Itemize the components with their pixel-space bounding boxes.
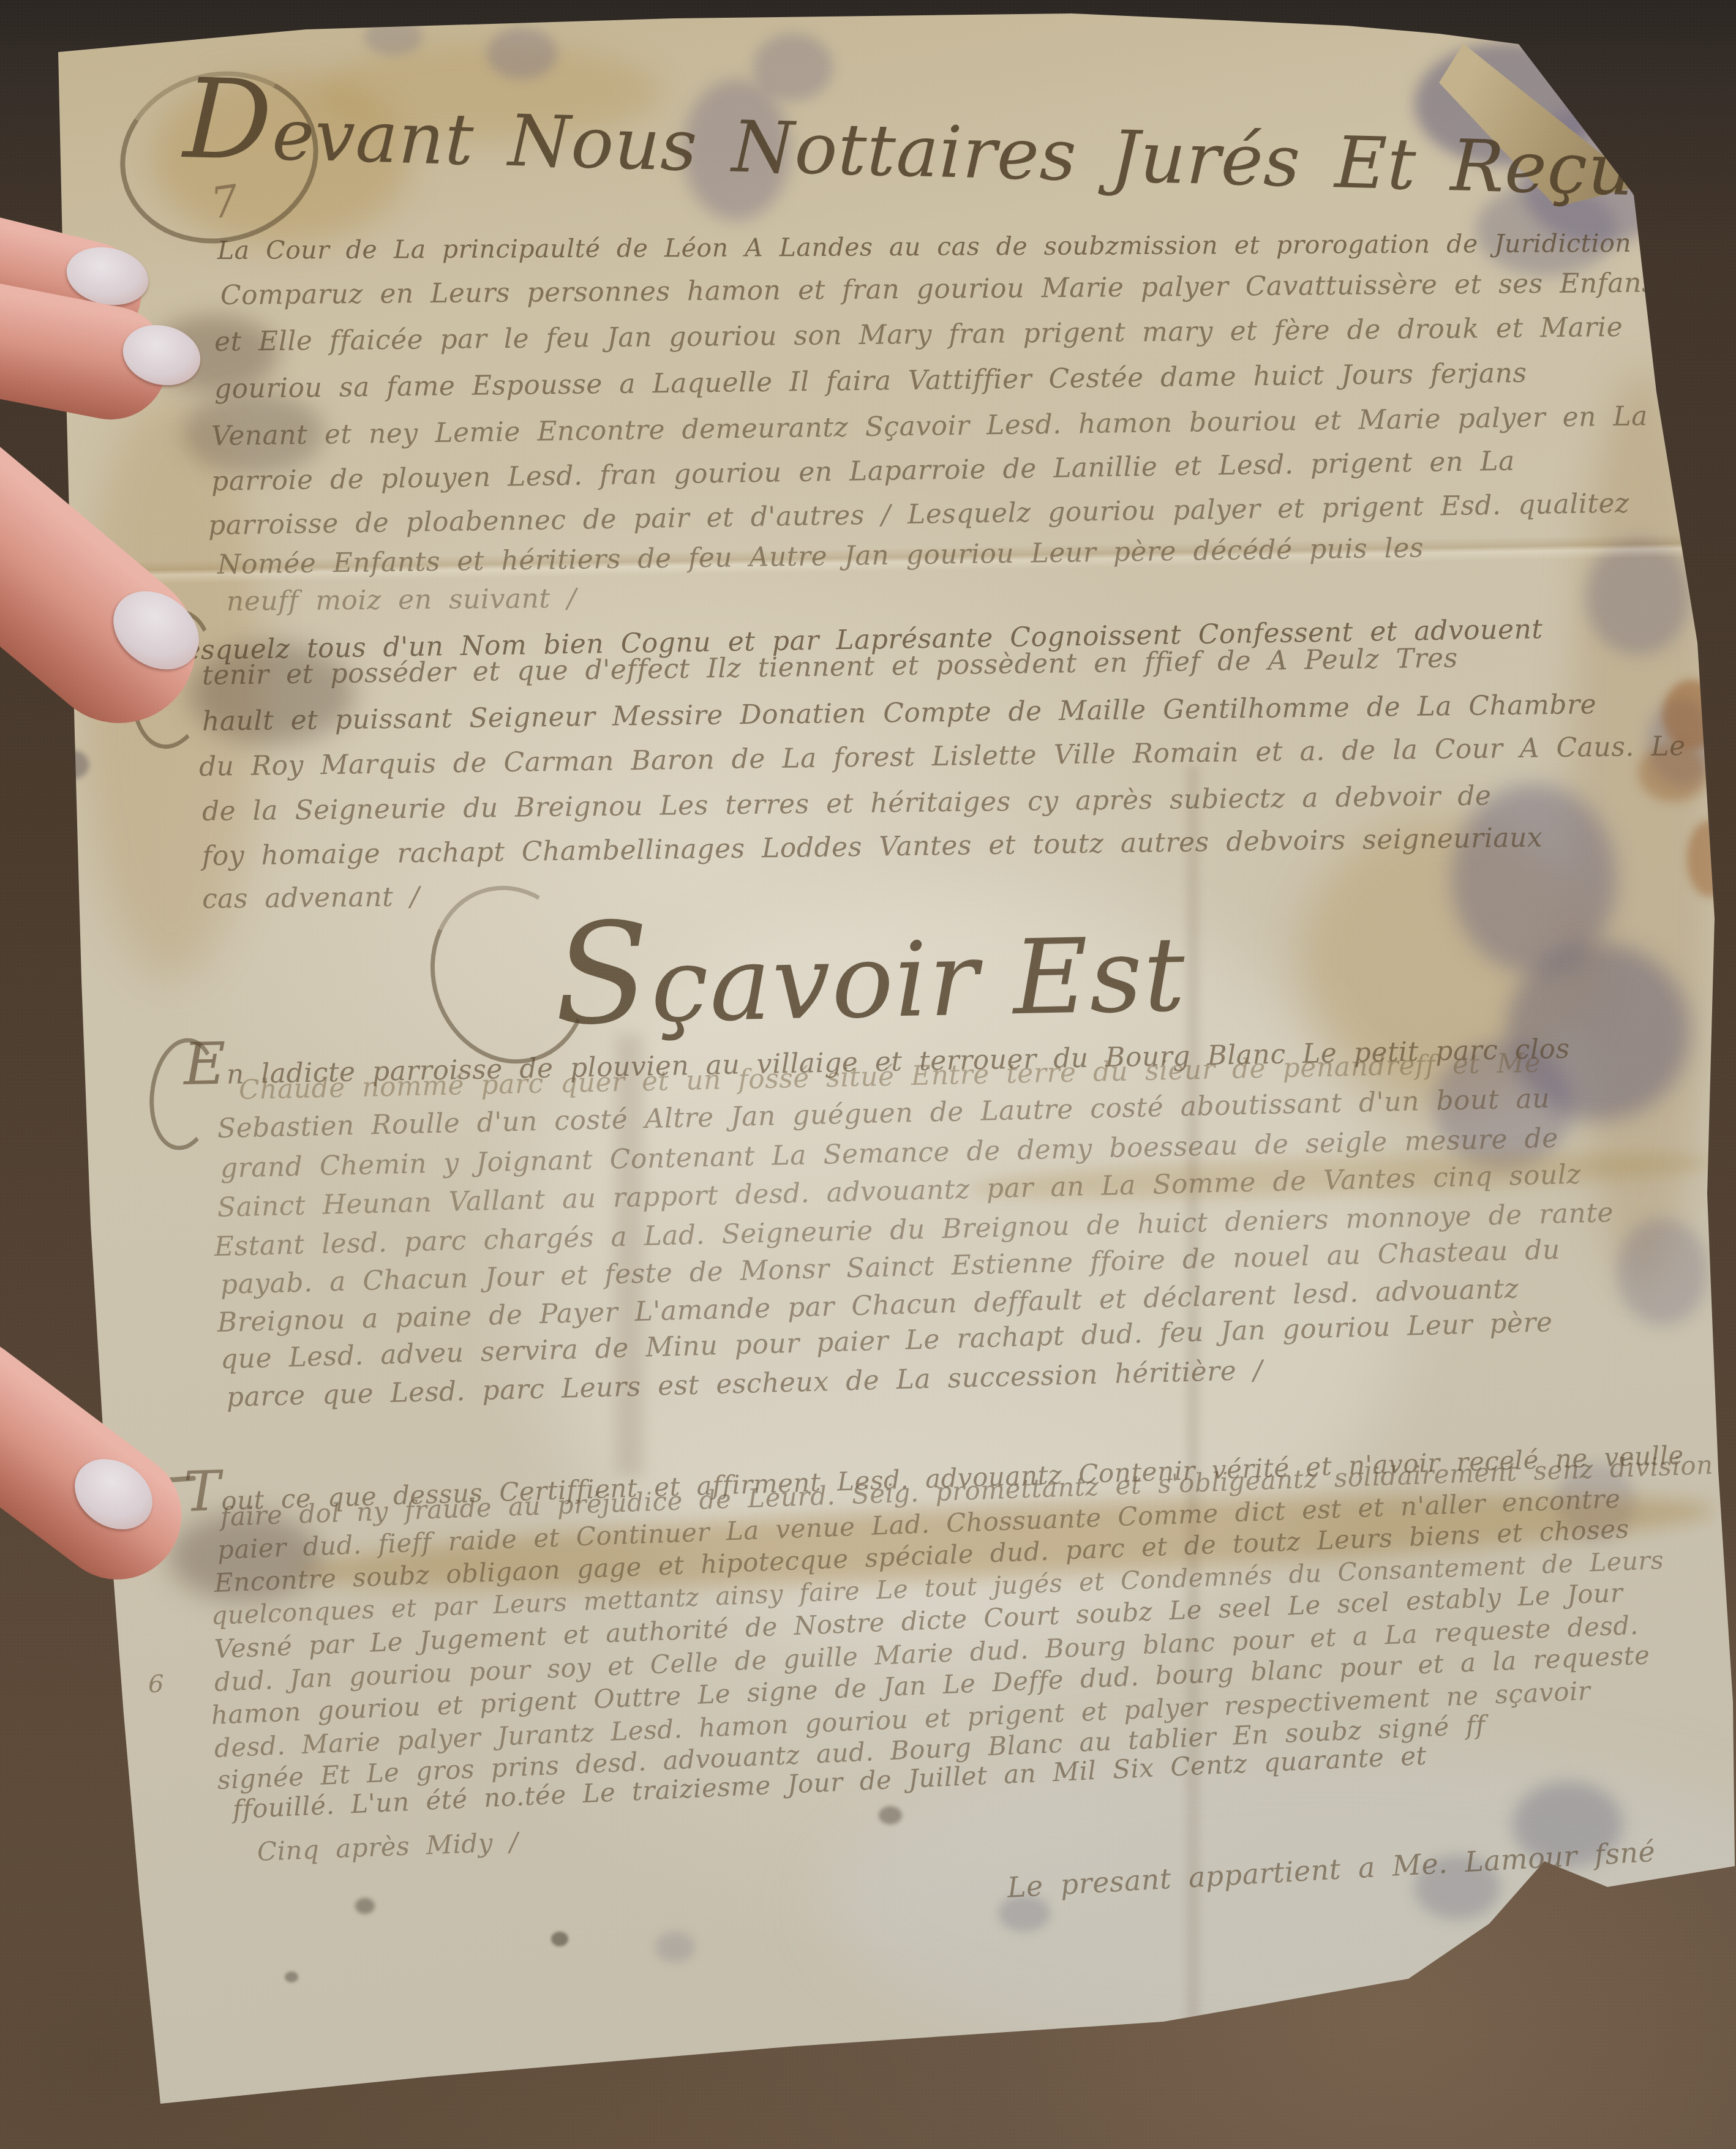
manuscript-line: neuff moiz en suivant / (227, 586, 577, 615)
manuscript-line: cas advenant / (202, 884, 420, 912)
fold-crease (86, 534, 1690, 585)
manuscript-line: Nomée Enfants et héritiers de feu Autre … (217, 535, 1424, 577)
manuscript-line: quelconques et par Leurs mettantz ainsy … (211, 1548, 1664, 1628)
ink-spot (879, 1806, 902, 1825)
manuscript-line: Lesquelz tous d'un Nom bien Cognu et par… (145, 591, 1543, 669)
manuscript-line: Venant et ney Lemie Encontre demeurantz … (211, 403, 1648, 449)
parchment-document: Devant Nous Nottaires Jurés Et Reçuz En … (0, 0, 1736, 2149)
manuscript-line: parroisse de ploabennec de pair et d'aut… (208, 491, 1629, 539)
mold-stain (1476, 184, 1617, 276)
manuscript-line: tenir et posséder et que d'effect Ilz ti… (202, 645, 1458, 688)
mold-stain (1415, 1855, 1500, 1919)
mold-stain (1617, 1218, 1708, 1326)
mold-stain (1647, 698, 1718, 787)
rust-stain (1687, 820, 1733, 897)
manuscript-line: signée Et Le gros prins desd. advouantz … (217, 1713, 1486, 1793)
sheen-highlight (520, 888, 1408, 1653)
manuscript-line: payab. a Chacun Jour et feste de Monsr S… (220, 1237, 1560, 1298)
mold-stain (655, 1932, 695, 1962)
manuscript-line: hamon gouriou et prigent Outtre Le signe… (211, 1643, 1650, 1728)
manuscript-line: Vesné par Le Jugement et authorité de No… (214, 1581, 1623, 1662)
rust-stain (1638, 744, 1708, 802)
mold-stain (1586, 539, 1690, 655)
sheen-highlight (827, 1745, 1736, 2063)
manuscript-line: parce que Lesd. parc Leurs est escheux d… (226, 1358, 1263, 1411)
manuscript-line: Comparuz en Leurs personnes hamon et fra… (220, 271, 1656, 309)
mold-stain (364, 18, 423, 55)
ink-spot (355, 1898, 375, 1914)
mold-stain (998, 1895, 1050, 1932)
manuscript-line: foy homaige rachapt Chambellinages Lodde… (202, 825, 1543, 869)
manuscript-line: paier dud. fieff raide et Continuer La v… (217, 1487, 1621, 1562)
finger-shadow (190, 643, 355, 744)
manuscript-line: Chaude nommé parc quer et un fossé situé… (239, 1050, 1541, 1103)
fold-crease-stained (293, 1475, 1716, 1607)
ink-spot (55, 750, 89, 779)
yellow-stain (318, 43, 661, 141)
manuscript-line: dud. Jan gouriou pour soy et Celle de gu… (214, 1613, 1639, 1695)
mold-stain (1512, 1782, 1623, 1867)
manuscript-line: Breignou a paine de Payer L'amande par C… (217, 1276, 1519, 1335)
manuscript-line: grand Chemin y Joignant Contenant La Sem… (220, 1125, 1559, 1181)
manuscript-line: parroie de plouyen Lesd. fran gouriou en… (211, 449, 1515, 495)
section-heading-scavoir-est: Sçavoir Est (553, 893, 1187, 1044)
yellow-stain (1298, 814, 1592, 1108)
manuscript-line: que Lesd. adveu servira de Minu pour pai… (220, 1310, 1553, 1373)
manuscript-line: hault et puissant Seigneur Messire Donat… (202, 692, 1597, 735)
manuscript-line: gouriou sa fame Espousse a Laquelle Il f… (214, 361, 1527, 402)
rust-stain (1663, 680, 1721, 750)
margin-mark: 7 (208, 180, 241, 224)
margin-mark: 6 (148, 1673, 164, 1696)
manuscript-line: Encontre soubz obligaon gage et hipotecq… (214, 1517, 1629, 1596)
manuscript-line: faire dol ny fraude au préjudice de Leur… (220, 1453, 1713, 1529)
manuscript-line: Cinq après Midy / (257, 1830, 519, 1864)
fold-crease (967, 1144, 1715, 1207)
mold-stain (1415, 43, 1598, 165)
ownership-note: Le presant appartient a Me. Lamour fsné (1007, 1839, 1656, 1902)
ink-spot (285, 1971, 298, 1982)
manuscript-line: Estant lesd. parc chargés a Lad. Seigneu… (214, 1200, 1614, 1260)
water-streak (615, 1035, 643, 1476)
finger-shadow (168, 1512, 321, 1601)
mold-stain (683, 80, 790, 220)
mold-stain (1451, 784, 1617, 973)
initial-flourish (408, 865, 611, 1084)
mold-stain (1555, 1463, 1635, 1540)
manuscript-line: du Roy Marquis de Carman Baron de La for… (199, 733, 1686, 780)
mold-stain (487, 28, 557, 80)
manuscript-line: Sebastien Roulle d'un costé Altre Jan gu… (217, 1086, 1550, 1142)
manuscript-line: La Cour de La principaulté de Léon A Lan… (217, 230, 1736, 263)
photo-scene: Devant Nous Nottaires Jurés Et Reçuz En … (0, 0, 1736, 2149)
folded-corner-flap (1439, 29, 1641, 207)
yellow-stain (1568, 367, 1715, 1286)
manuscript-line: Sainct Heunan Vallant au rapport desd. a… (217, 1162, 1581, 1221)
manuscript-line: et Elle ffaicée par le feu Jan gouriou s… (214, 315, 1623, 355)
document-title: Devant Nous Nottaires Jurés Et Reçuz En … (182, 64, 1736, 219)
manuscript-line: ffouillé. L'un été no.tée Le traiziesme … (232, 1743, 1427, 1821)
initial-flourish (102, 51, 337, 264)
finger-shadow (184, 392, 325, 474)
manuscript-line: Tout ce que dessus Certiffient et affirm… (183, 1419, 1685, 1519)
mold-stain (1519, 104, 1678, 245)
manuscript-line: desd. Marie palyer Jurantz Lesd. hamon g… (214, 1679, 1591, 1761)
manuscript-line: En ladicte parroisse de plouvien au vill… (183, 1011, 1570, 1093)
mold-stain (1506, 943, 1690, 1120)
yellow-stain (153, 73, 410, 245)
mold-stain (1433, 1041, 1574, 1169)
manuscript-line: de la Seigneurie du Breignou Les terres … (202, 783, 1492, 825)
ink-spot (551, 1932, 568, 1946)
mold-stain (753, 34, 833, 101)
fold-crease (1187, 765, 1199, 2020)
initial-flourish (143, 1034, 224, 1154)
